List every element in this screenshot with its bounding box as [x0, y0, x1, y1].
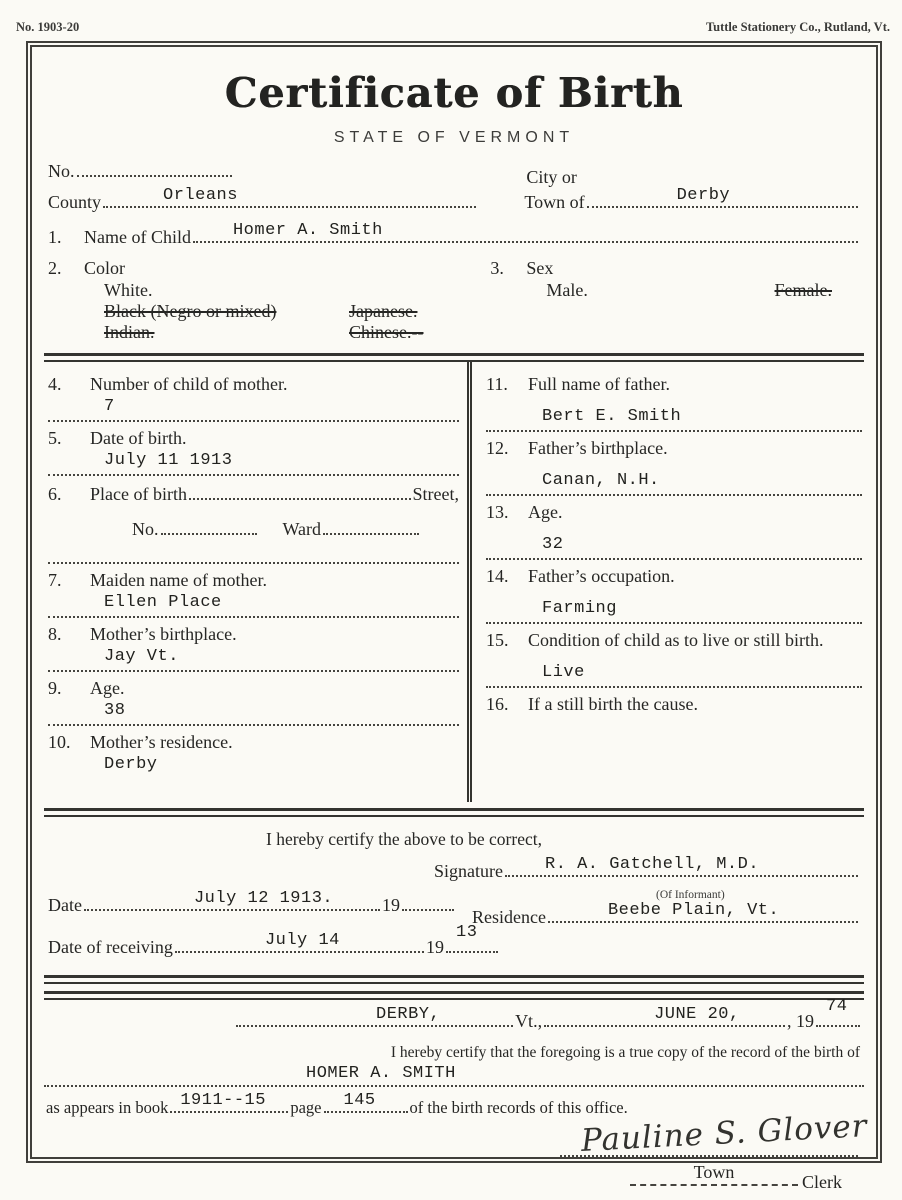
signature-value: R. A. Gatchell, M.D. — [545, 855, 759, 874]
state-subtitle: STATE OF VERMONT — [44, 129, 864, 147]
dotted-line — [48, 474, 459, 476]
field-father-name: 11. Full name of father. Bert E. Smith — [486, 374, 862, 432]
place-sub-fields: No. Ward — [132, 517, 459, 540]
signature-line: R. A. Gatchell, M.D. — [505, 859, 858, 877]
receiving-label: Date of receiving — [48, 937, 173, 958]
item-number: 13. — [486, 502, 528, 523]
item-number: 16. — [486, 694, 528, 715]
ward-label: Ward — [283, 519, 322, 540]
field-label: Place of birth — [90, 484, 187, 505]
field-live-or-still: 15. Condition of child as to live or sti… — [486, 630, 862, 688]
date-line: JUNE 20, — [544, 1009, 785, 1027]
field-mother-age: 9. Age. 38 — [48, 678, 459, 726]
father-column: 11. Full name of father. Bert E. Smith 1… — [472, 362, 864, 802]
field-value: Bert E. Smith — [542, 407, 862, 427]
office-label: of the birth records of this office. — [410, 1098, 628, 1118]
color-option-japanese: Japanese. — [349, 301, 478, 322]
field-mother-residence: 10. Mother’s residence. Derby — [48, 732, 459, 775]
field-label: Age. — [528, 502, 563, 523]
name-of-child-label: Name of Child — [84, 227, 191, 248]
field-label: Father’s birthplace. — [528, 438, 668, 459]
year-line: 13 — [446, 935, 498, 953]
item-number: 2. — [48, 258, 84, 279]
field-label: Maiden name of mother. — [90, 570, 267, 591]
color-option-indian: Indian. — [104, 322, 349, 343]
field-number-of-child: 4. Number of child of mother. 7 — [48, 374, 459, 422]
date-label: Date — [48, 895, 82, 916]
residence-value: Beebe Plain, Vt. — [608, 901, 779, 920]
field-date-of-birth: 5. Date of birth. July 11 1913 — [48, 428, 459, 476]
town-line: Derby — [587, 190, 858, 208]
dotted-line — [486, 622, 862, 624]
field-value — [542, 727, 862, 747]
field-label: Father’s occupation. — [528, 566, 675, 587]
clerk-title-label: Clerk — [802, 1172, 842, 1193]
field-value: Jay Vt. — [104, 647, 459, 667]
year-line: 74 — [816, 1009, 860, 1027]
sex-section: 3. Sex Male. Female. — [478, 258, 860, 344]
town-date-field: DERBY, Vt., JUNE 20, , 19 74 — [44, 1009, 864, 1032]
town-title-label: Town — [694, 1162, 735, 1183]
year-line — [402, 893, 454, 911]
town-value: DERBY, — [376, 1005, 440, 1024]
mother-column: 4. Number of child of mother. 7 5. Date … — [44, 362, 467, 802]
town-line: DERBY, — [236, 1009, 513, 1027]
color-option-chinese: Chinese.-- — [349, 322, 478, 343]
field-value: 38 — [104, 701, 459, 721]
date-line: July 12 1913. — [84, 893, 380, 911]
dotted-line — [48, 670, 459, 672]
field-value: Farming — [542, 599, 862, 619]
field-value: Ellen Place — [104, 593, 459, 613]
date-value: July 12 1913. — [194, 889, 333, 908]
field-label: Condition of child as to live or still b… — [528, 630, 823, 651]
book-label: as appears in book — [46, 1098, 168, 1118]
sex-option-male: Male. — [546, 280, 587, 301]
header-fields: No. County Orleans City or Town of Derby — [44, 159, 864, 213]
dotted-line — [486, 494, 862, 496]
details-columns: 4. Number of child of mother. 7 5. Date … — [44, 362, 864, 802]
field-label: Number of child of mother. — [90, 374, 287, 395]
town-field: Town of Derby — [524, 190, 860, 213]
item-number: 9. — [48, 678, 90, 699]
page-margin-header: No. 1903-20 Tuttle Stationery Co., Rutla… — [0, 0, 902, 39]
birth-certificate-scan: { "meta": { "form_no": "No. 1903-20", "p… — [0, 0, 902, 1200]
sex-options: Male. Female. — [546, 280, 832, 301]
field-label: If a still birth the cause. — [528, 694, 698, 715]
printer-imprint: Tuttle Stationery Co., Rutland, Vt. — [706, 20, 890, 35]
physician-certification: I hereby certify the above to be correct… — [44, 817, 864, 969]
field-label: Mother’s birthplace. — [90, 624, 237, 645]
header-right: City or Town of Derby — [478, 167, 860, 213]
county-field: County Orleans — [48, 190, 478, 213]
color-sex-section: 2. Color White. Black (Negro or mixed) J… — [44, 258, 864, 344]
item-number: 12. — [486, 438, 528, 459]
form-number: No. 1903-20 — [16, 20, 79, 35]
no-blank-line — [77, 159, 232, 177]
item-number: 14. — [486, 566, 528, 587]
color-option-black: Black (Negro or mixed) — [104, 301, 349, 322]
signature-field: Signature R. A. Gatchell, M.D. — [434, 859, 860, 882]
date-field: Date July 12 1913. 19 — [48, 893, 456, 916]
informant-note: (Of Informant) — [656, 889, 725, 901]
dotted-line — [48, 420, 459, 422]
field-value: July 11 1913 — [104, 451, 459, 471]
residence-label: Residence — [472, 907, 546, 928]
town-clerk-field: Town Clerk — [44, 1162, 864, 1186]
horizontal-rule — [44, 991, 864, 1000]
certificate-no-field: No. — [48, 159, 288, 182]
field-label: Mother’s residence. — [90, 732, 233, 753]
year-prefix: , 19 — [787, 1011, 814, 1032]
item-number: 4. — [48, 374, 90, 395]
true-copy-statement: I hereby certify that the foregoing is a… — [44, 1044, 864, 1062]
ward-line — [323, 517, 419, 535]
clerk-signature-block: Pauline S. Glover — [44, 1118, 864, 1162]
name-of-child-value: Homer A. Smith — [233, 221, 383, 240]
dotted-line — [48, 724, 459, 726]
item-number: 1. — [48, 227, 84, 248]
sex-label: Sex — [526, 258, 553, 279]
color-option-white: White. — [104, 280, 478, 301]
item-number: 6. — [48, 484, 90, 505]
header-left: No. County Orleans — [48, 159, 478, 213]
receiving-year-value: 13 — [456, 923, 477, 942]
field-value: Derby — [104, 755, 459, 775]
no-label: No. — [48, 161, 75, 182]
dotted-line — [48, 562, 459, 564]
county-label: County — [48, 192, 101, 213]
sex-option-female: Female. — [775, 280, 832, 301]
county-line: Orleans — [103, 190, 476, 208]
name-of-child-field: 1. Name of Child Homer A. Smith — [44, 225, 864, 248]
item-number: 15. — [486, 630, 528, 651]
street-no-line — [161, 517, 257, 535]
dotted-line — [48, 616, 459, 618]
field-label: Full name of father. — [528, 374, 670, 395]
place-line — [189, 482, 411, 500]
field-mother-birthplace: 8. Mother’s birthplace. Jay Vt. — [48, 624, 459, 672]
certify-statement: I hereby certify the above to be correct… — [266, 829, 542, 850]
item-number: 7. — [48, 570, 90, 591]
item-number: 11. — [486, 374, 528, 395]
page-value: 145 — [344, 1091, 376, 1110]
horizontal-rule — [44, 975, 864, 984]
residence-field: Residence Beebe Plain, Vt. — [472, 905, 860, 928]
dotted-line — [486, 430, 862, 432]
city-or-label: City or — [526, 167, 860, 188]
town-value: Derby — [677, 186, 731, 205]
field-father-occupation: 14. Father’s occupation. Farming — [486, 566, 862, 624]
dotted-line — [486, 558, 862, 560]
dotted-line — [44, 1085, 864, 1087]
year-prefix: 19 — [382, 895, 400, 916]
dotted-line — [486, 686, 862, 688]
book-value: 1911--15 — [180, 1091, 266, 1110]
item-number: 5. — [48, 428, 90, 449]
copy-date-value: JUNE 20, — [654, 1005, 740, 1024]
item-number: 3. — [490, 258, 526, 279]
street-label: Street, — [413, 484, 460, 505]
certificate-frame: Certificate of Birth STATE OF VERMONT No… — [26, 41, 882, 1163]
receiving-value: July 14 — [265, 931, 340, 950]
town-title-wrap: Town — [630, 1162, 798, 1186]
horizontal-rule — [44, 353, 864, 362]
field-label: Date of birth. — [90, 428, 186, 449]
item-number: 8. — [48, 624, 90, 645]
field-value: Canan, N.H. — [542, 471, 862, 491]
field-stillbirth-cause: 16. If a still birth the cause. — [486, 694, 862, 747]
copy-child-name: HOMER A. SMITH — [306, 1064, 864, 1083]
field-value: Live — [542, 663, 862, 683]
town-title-line — [630, 1184, 798, 1186]
county-value: Orleans — [163, 186, 238, 205]
field-maiden-name: 7. Maiden name of mother. Ellen Place — [48, 570, 459, 618]
street-no-label: No. — [132, 519, 159, 540]
vt-label: Vt., — [515, 1011, 542, 1032]
receiving-line: July 14 — [175, 935, 424, 953]
certificate-title: Certificate of Birth — [44, 69, 864, 117]
color-section: 2. Color White. Black (Negro or mixed) J… — [48, 258, 478, 344]
page-label: page — [290, 1098, 321, 1118]
book-line: 1911--15 — [170, 1095, 288, 1113]
copy-year-value: 74 — [826, 997, 847, 1016]
field-father-age: 13. Age. 32 — [486, 502, 862, 560]
item-number: 10. — [48, 732, 90, 753]
field-value: 7 — [104, 397, 459, 417]
field-value: 32 — [542, 535, 862, 555]
color-label: Color — [84, 258, 125, 279]
field-father-birthplace: 12. Father’s birthplace. Canan, N.H. — [486, 438, 862, 496]
field-label: Age. — [90, 678, 125, 699]
year-prefix: 19 — [426, 937, 444, 958]
name-line: Homer A. Smith — [193, 225, 858, 243]
residence-line: Beebe Plain, Vt. — [548, 905, 858, 923]
town-of-label: Town of — [524, 192, 584, 213]
signature-label: Signature — [434, 861, 503, 882]
page-line: 145 — [324, 1095, 408, 1113]
field-place-of-birth: 6. Place of birth Street, No. Ward — [48, 482, 459, 564]
color-options: White. Black (Negro or mixed) Japanese. … — [104, 280, 478, 344]
horizontal-rule — [44, 808, 864, 817]
date-of-receiving-field: Date of receiving July 14 19 13 — [48, 935, 500, 958]
